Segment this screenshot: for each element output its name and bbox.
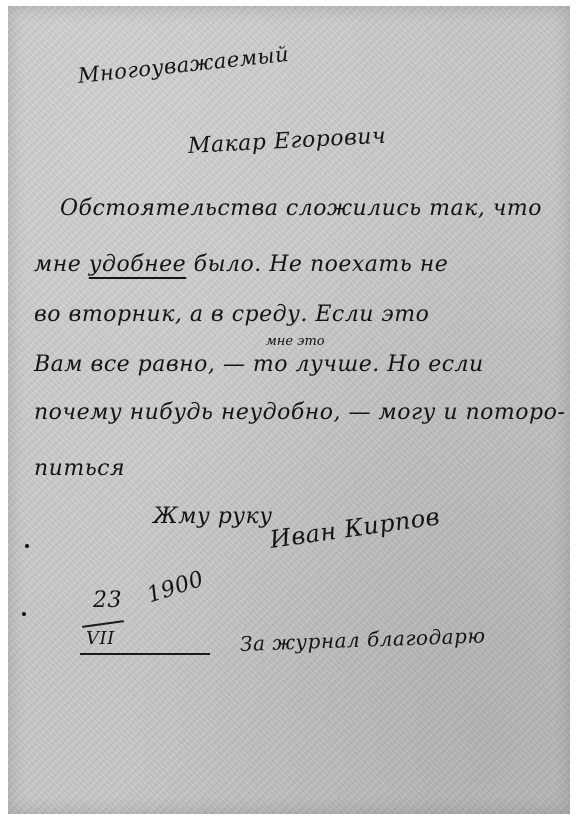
underlined-word: удобнее bbox=[89, 252, 186, 277]
body-line-5: почему нибудь неудобно, — могу и поторо- bbox=[34, 400, 565, 425]
addressee: Макар Егорович bbox=[187, 124, 386, 159]
date-month: VII bbox=[86, 628, 115, 649]
date-underline bbox=[80, 653, 210, 655]
date-year: 1900 bbox=[144, 567, 207, 609]
ink-dot bbox=[25, 544, 29, 548]
salutation: Многоуважаемый bbox=[77, 42, 290, 88]
ink-dot bbox=[22, 612, 26, 616]
body-line-4: Вам все равно, — то лучше. Но если bbox=[34, 352, 484, 377]
body-line-6: питься bbox=[34, 456, 125, 481]
letter-paper: Многоуважаемый Макар Егорович Обстоятель… bbox=[8, 6, 570, 814]
postscript: За журнал благодарю bbox=[240, 623, 486, 656]
body-line-2: мне удобнее было. Не поехать не bbox=[34, 252, 448, 277]
body-line-1: Обстоятельства сложились так, что bbox=[60, 196, 542, 221]
date-fraction-bar bbox=[82, 620, 124, 628]
inline-insertion: мне это bbox=[266, 334, 325, 349]
date-day: 23 bbox=[93, 588, 122, 613]
signature: Иван Кирпов bbox=[268, 502, 442, 554]
closing: Жму руку bbox=[153, 504, 272, 529]
body-line-3: во вторник, а в среду. Если это bbox=[34, 302, 429, 327]
body-line-2-text: мне удобнее было. Не поехать не bbox=[34, 252, 448, 277]
